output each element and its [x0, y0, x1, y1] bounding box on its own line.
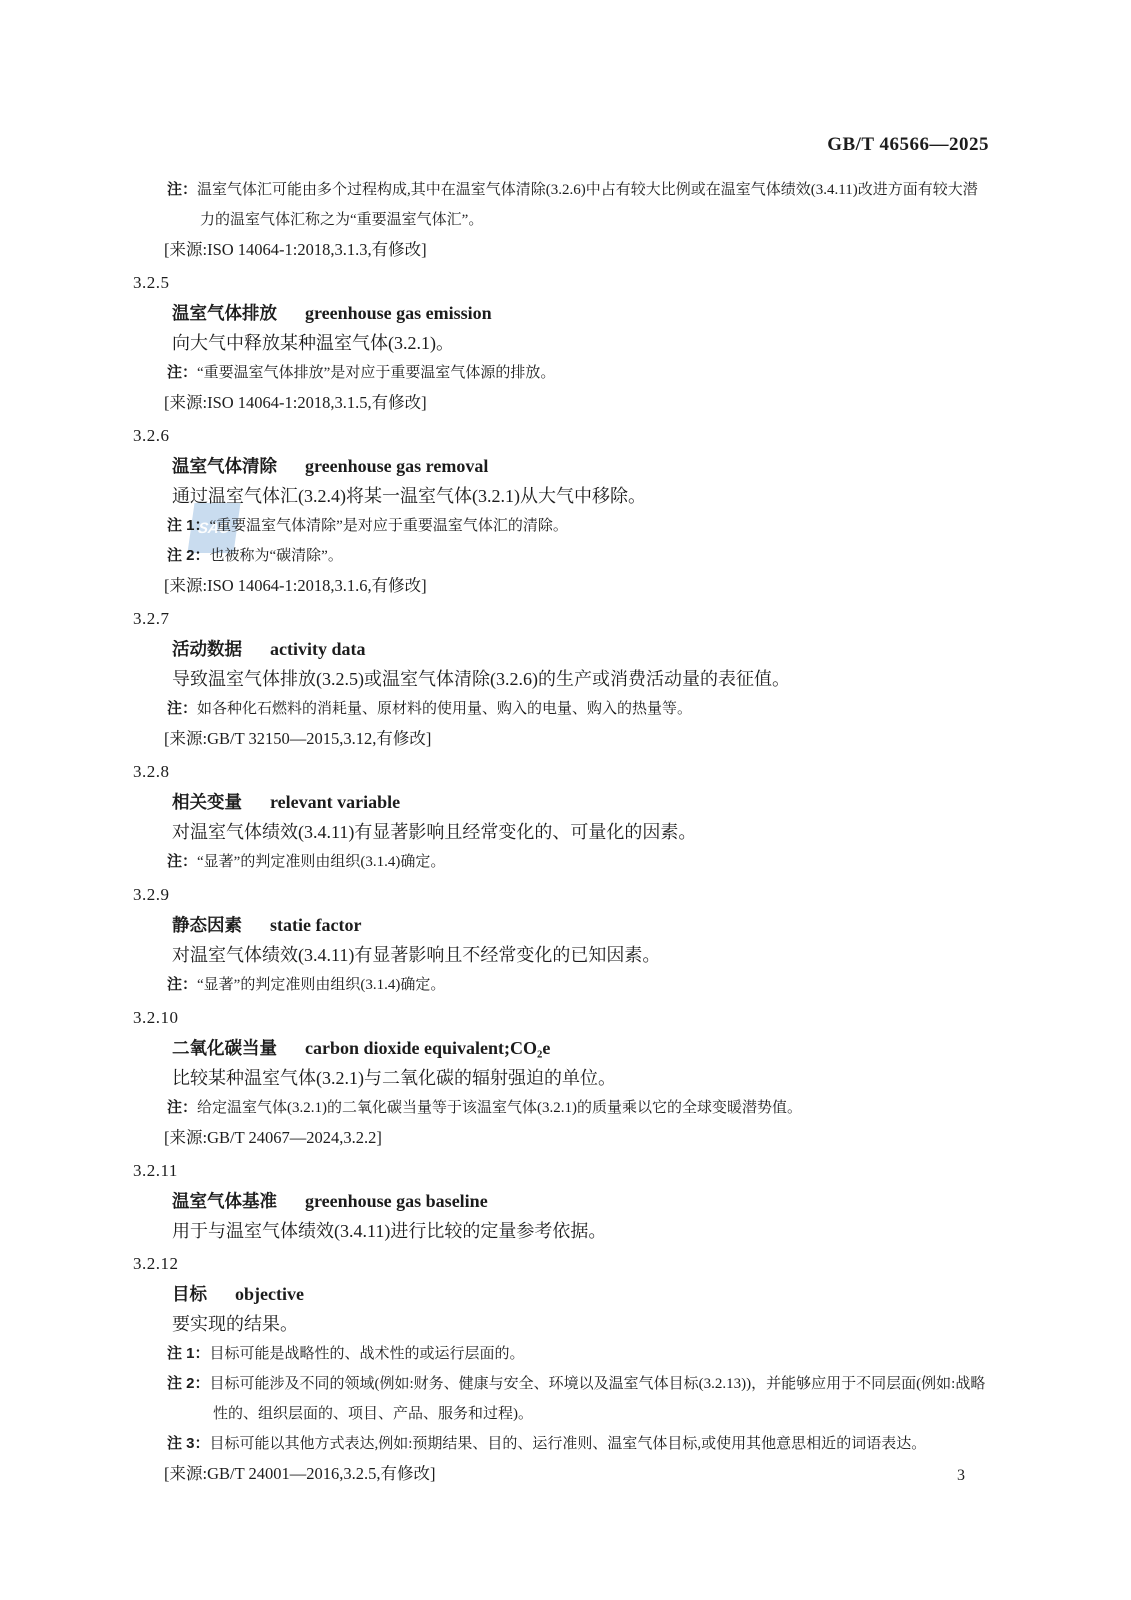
- note-label: 注 2：: [167, 547, 210, 564]
- carryover-note: 注：温室气体汇可能由多个过程构成,其中在温室气体清除(3.2.6)中占有较大比例…: [167, 175, 991, 235]
- term-note: 注：“显著”的判定准则由组织(3.1.4)确定。: [167, 847, 991, 877]
- term-heading: 活动数据activity data: [172, 634, 991, 664]
- term-zh-label: 静态因素: [172, 915, 242, 935]
- note-text: 温室气体汇可能由多个过程构成,其中在温室气体清除(3.2.6)中占有较大比例或在…: [197, 182, 978, 228]
- term-zh-label: 温室气体清除: [172, 456, 277, 476]
- term-definition: 导致温室气体排放(3.2.5)或温室气体清除(3.2.6)的生产或消费活动量的表…: [172, 664, 991, 694]
- term-heading: 静态因素statie factor: [172, 910, 991, 940]
- note-label: 注：: [167, 181, 197, 198]
- term-zh-label: 目标: [172, 1284, 207, 1304]
- term-definition: 要实现的结果。: [172, 1309, 991, 1339]
- note-label: 注 3：: [167, 1435, 210, 1452]
- term-note: 注 1：“重要温室气体清除”是对应于重要温室气体汇的清除。: [167, 511, 991, 541]
- term-heading: 二氧化碳当量carbon dioxide equivalent;CO₂e: [172, 1033, 991, 1063]
- note-label: 注 1：: [167, 517, 210, 534]
- note-text: 目标可能是战略性的、战术性的或运行层面的。: [210, 1346, 525, 1362]
- term-number: 3.2.5: [133, 268, 991, 298]
- note-label: 注：: [167, 976, 197, 993]
- note-text: “显著”的判定准则由组织(3.1.4)确定。: [197, 977, 445, 993]
- note-text: 目标可能以其他方式表达,例如:预期结果、目的、运行准则、温室气体目标,或使用其他…: [210, 1436, 927, 1452]
- term-note: 注 1：目标可能是战略性的、战术性的或运行层面的。: [167, 1339, 991, 1369]
- term-source: [来源:GB/T 24067—2024,3.2.2]: [164, 1123, 991, 1153]
- term-source: [来源:ISO 14064-1:2018,3.1.5,有修改]: [164, 388, 991, 418]
- note-label: 注：: [167, 364, 197, 381]
- term-heading: 温室气体清除greenhouse gas removal: [172, 451, 991, 481]
- term-heading: 温室气体基准greenhouse gas baseline: [172, 1186, 991, 1216]
- term-definition: 用于与温室气体绩效(3.4.11)进行比较的定量参考依据。: [172, 1216, 991, 1246]
- term-heading: 温室气体排放greenhouse gas emission: [172, 298, 991, 328]
- term-zh-label: 温室气体基准: [172, 1191, 277, 1211]
- term-entry: 3.2.10二氧化碳当量carbon dioxide equivalent;CO…: [133, 1003, 991, 1153]
- term-zh-label: 温室气体排放: [172, 303, 277, 323]
- term-entry: 3.2.11温室气体基准greenhouse gas baseline用于与温室…: [133, 1156, 991, 1246]
- note-text: 给定温室气体(3.2.1)的二氧化碳当量等于该温室气体(3.2.1)的质量乘以它…: [197, 1100, 802, 1116]
- term-note: 注：给定温室气体(3.2.1)的二氧化碳当量等于该温室气体(3.2.1)的质量乘…: [167, 1093, 991, 1123]
- term-en-label: relevant variable: [270, 792, 400, 812]
- term-heading: 相关变量relevant variable: [172, 787, 991, 817]
- term-number: 3.2.7: [133, 604, 991, 634]
- note-label: 注 2：: [167, 1375, 210, 1392]
- term-en-label: greenhouse gas removal: [305, 456, 488, 476]
- term-entry: 3.2.12目标objective要实现的结果。注 1：目标可能是战略性的、战术…: [133, 1249, 991, 1489]
- term-entry: 3.2.6温室气体清除greenhouse gas removal通过温室气体汇…: [133, 421, 991, 601]
- term-number: 3.2.10: [133, 1003, 991, 1033]
- term-en-label: objective: [235, 1284, 304, 1304]
- note-text: 如各种化石燃料的消耗量、原材料的使用量、购入的电量、购入的热量等。: [197, 701, 692, 717]
- term-number: 3.2.8: [133, 757, 991, 787]
- page-header: GB/T 46566—2025: [0, 0, 1131, 157]
- note-label: 注：: [167, 1099, 197, 1116]
- term-note: 注 2：也被称为“碳清除”。: [167, 541, 991, 571]
- term-note: 注：“显著”的判定准则由组织(3.1.4)确定。: [167, 970, 991, 1000]
- term-en-label: greenhouse gas baseline: [305, 1191, 488, 1211]
- term-definition: 对温室气体绩效(3.4.11)有显著影响且经常变化的、可量化的因素。: [172, 817, 991, 847]
- term-entry: 3.2.8相关变量relevant variable对温室气体绩效(3.4.11…: [133, 757, 991, 877]
- term-heading: 目标objective: [172, 1279, 991, 1309]
- term-en-label: statie factor: [270, 915, 361, 935]
- term-number: 3.2.12: [133, 1249, 991, 1279]
- doc-code: GB/T 46566—2025: [827, 134, 989, 155]
- term-zh-label: 相关变量: [172, 792, 242, 812]
- term-entry: 3.2.5温室气体排放greenhouse gas emission向大气中释放…: [133, 268, 991, 418]
- term-note: 注 2：目标可能涉及不同的领域(例如:财务、健康与安全、环境以及温室气体目标(3…: [167, 1369, 991, 1429]
- document-page: SAC GB/T 46566—2025 注：温室气体汇可能由多个过程构成,其中在…: [0, 0, 1131, 1600]
- note-label: 注：: [167, 700, 197, 717]
- term-en-label: carbon dioxide equivalent;CO₂e: [305, 1038, 550, 1058]
- term-note: 注：如各种化石燃料的消耗量、原材料的使用量、购入的电量、购入的热量等。: [167, 694, 991, 724]
- note-text: 目标可能涉及不同的领域(例如:财务、健康与安全、环境以及温室气体目标(3.2.1…: [210, 1376, 986, 1422]
- term-definition: 对温室气体绩效(3.4.11)有显著影响且不经常变化的已知因素。: [172, 940, 991, 970]
- page-number: 3: [957, 1467, 965, 1485]
- page-content: 注：温室气体汇可能由多个过程构成,其中在温室气体清除(3.2.6)中占有较大比例…: [0, 175, 1131, 1489]
- carryover-source: [来源:ISO 14064-1:2018,3.1.3,有修改]: [164, 235, 991, 265]
- note-text: “显著”的判定准则由组织(3.1.4)确定。: [197, 854, 445, 870]
- term-number: 3.2.6: [133, 421, 991, 451]
- term-number: 3.2.9: [133, 880, 991, 910]
- terms-list: 3.2.5温室气体排放greenhouse gas emission向大气中释放…: [133, 268, 991, 1489]
- term-note: 注 3：目标可能以其他方式表达,例如:预期结果、目的、运行准则、温室气体目标,或…: [167, 1429, 991, 1459]
- note-label: 注 1：: [167, 1345, 210, 1362]
- note-text: “重要温室气体排放”是对应于重要温室气体源的排放。: [197, 365, 555, 381]
- term-definition: 通过温室气体汇(3.2.4)将某一温室气体(3.2.1)从大气中移除。: [172, 481, 991, 511]
- term-en-label: greenhouse gas emission: [305, 303, 492, 323]
- term-source: [来源:ISO 14064-1:2018,3.1.6,有修改]: [164, 571, 991, 601]
- term-number: 3.2.11: [133, 1156, 991, 1186]
- term-en-label: activity data: [270, 639, 365, 659]
- note-text: “重要温室气体清除”是对应于重要温室气体汇的清除。: [210, 518, 568, 534]
- term-zh-label: 活动数据: [172, 639, 242, 659]
- term-definition: 比较某种温室气体(3.2.1)与二氧化碳的辐射强迫的单位。: [172, 1063, 991, 1093]
- term-source: [来源:GB/T 24001—2016,3.2.5,有修改]: [164, 1459, 991, 1489]
- term-entry: 3.2.9静态因素statie factor对温室气体绩效(3.4.11)有显著…: [133, 880, 991, 1000]
- term-zh-label: 二氧化碳当量: [172, 1038, 277, 1058]
- term-definition: 向大气中释放某种温室气体(3.2.1)。: [172, 328, 991, 358]
- note-text: 也被称为“碳清除”。: [210, 548, 343, 564]
- note-label: 注：: [167, 853, 197, 870]
- term-note: 注：“重要温室气体排放”是对应于重要温室气体源的排放。: [167, 358, 991, 388]
- term-source: [来源:GB/T 32150—2015,3.12,有修改]: [164, 724, 991, 754]
- term-entry: 3.2.7活动数据activity data导致温室气体排放(3.2.5)或温室…: [133, 604, 991, 754]
